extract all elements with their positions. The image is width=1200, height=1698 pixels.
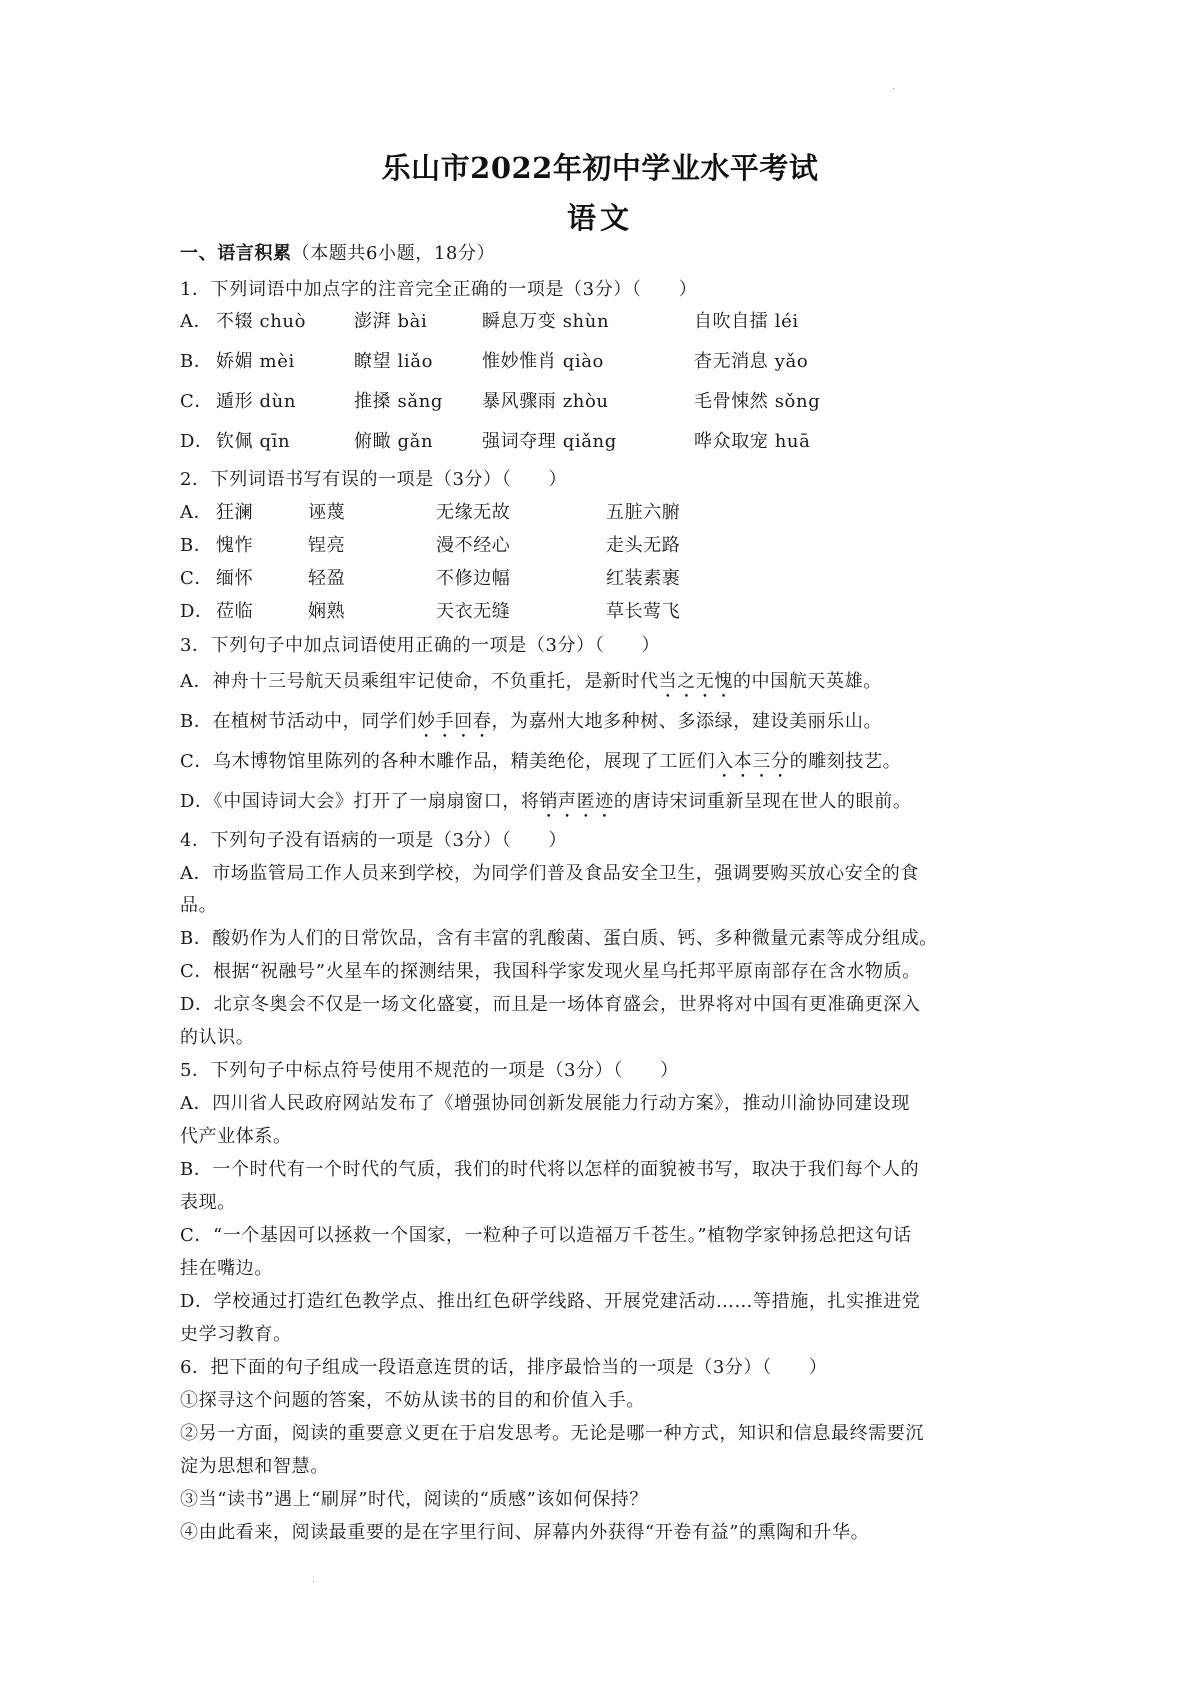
q1-a-item: 不辍 chuò bbox=[216, 310, 306, 334]
question-4-stem: 4．下列句子没有语病的一项是（3分）（ ） bbox=[180, 829, 567, 853]
q2-option-c: C． 缅怀 轻盈 不修边幅 红装素裹 bbox=[180, 567, 1080, 593]
q1-b-item: 惟妙惟肖 qiào bbox=[482, 350, 604, 374]
q1-a-item: 澎湃 bài bbox=[354, 310, 427, 334]
q1-c-item: 遁形 dùn bbox=[216, 390, 296, 414]
q4-line: A．市场监管局工作人员来到学校，为同学们普及食品安全卫生，强调要购买放心安全的食 bbox=[180, 862, 919, 886]
q6-sentence: 淀为思想和智慧。 bbox=[180, 1455, 329, 1479]
q5-line: 史学习教育。 bbox=[180, 1323, 292, 1347]
exam-title: 乐山市2022年初中学业水平考试 bbox=[0, 146, 1200, 187]
q3-option-b: B．在植树节活动中，同学们妙手回春，为嘉州大地多种树、多添绿，建设美丽乐山。 bbox=[180, 710, 882, 742]
section-heading-note: （本题共6小题，18分） bbox=[292, 243, 496, 264]
q1-d-item: 强词夺理 qiǎng bbox=[482, 430, 617, 454]
q4-line: C．根据“祝融号”火星车的探测结果，我国科学家发现火星乌托邦平原南部存在含水物质… bbox=[180, 960, 921, 984]
question-2-stem: 2．下列词语书写有误的一项是（3分）（ ） bbox=[180, 468, 567, 492]
q1-b-item: 瞭望 liǎo bbox=[354, 350, 433, 374]
q3-option-d: D．《中国诗词大会》打开了一扇扇窗口，将销声匿迹的唐诗宋词重新呈现在世人的眼前。 bbox=[180, 790, 911, 822]
q5-line: 代产业体系。 bbox=[180, 1125, 292, 1149]
q2-option-d: D． 莅临 娴熟 天衣无缝 草长莺飞 bbox=[180, 600, 1080, 626]
q6-sentence: ③当“读书”遇上“刷屏”时代，阅读的“质感”该如何保持？ bbox=[180, 1488, 648, 1512]
q3-option-a: A．神舟十三号航天员乘组牢记使命，不负重托，是新时代当之无愧的中国航天英雄。 bbox=[180, 670, 882, 702]
q1-d-item: 钦佩 qīn bbox=[216, 430, 290, 454]
q1-option-d: D． 钦佩 qīn 俯瞰 gǎn 强词夺理 qiǎng 哗众取宠 huā bbox=[180, 430, 1080, 456]
dotted-phrase: 妙手回春 bbox=[417, 711, 491, 732]
q4-line: B．酸奶作为人们的日常饮品，含有丰富的乳酸菌、蛋白质、钙、多种微量元素等成分组成… bbox=[180, 927, 938, 951]
q5-line: 挂在嘴边。 bbox=[180, 1257, 273, 1281]
question-6-stem: 6．把下面的句子组成一段语意连贯的话，排序最恰当的一项是（3分）（ ） bbox=[180, 1356, 828, 1380]
exam-page: 乐山市2022年初中学业水平考试 语文 一、语言积累（本题共6小题，18分） 1… bbox=[0, 0, 1200, 1698]
question-1-stem: 1．下列词语中加点字的注音完全正确的一项是（3分）（ ） bbox=[180, 278, 697, 302]
scan-speck bbox=[893, 88, 894, 89]
q5-line: A．四川省人民政府网站发布了《增强协同创新发展能力行动方案》，推动川渝协同建设现 bbox=[180, 1092, 910, 1116]
q1-a-item: 瞬息万变 shùn bbox=[482, 310, 609, 334]
q1-c-item: 毛骨悚然 sǒng bbox=[694, 390, 820, 414]
q1-b-item: 娇媚 mèi bbox=[216, 350, 295, 374]
question-5-stem: 5．下列句子中标点符号使用不规范的一项是（3分）（ ） bbox=[180, 1059, 679, 1083]
dotted-phrase: 入本三分 bbox=[715, 751, 789, 772]
q5-line: 表现。 bbox=[180, 1191, 236, 1215]
q4-line: D．北京冬奥会不仅是一场文化盛宴，而且是一场体育盛会，世界将对中国有更准确更深入 bbox=[180, 993, 920, 1017]
q2-option-a: A． 狂澜 诬蔑 无缘无故 五脏六腑 bbox=[180, 501, 1080, 527]
q1-option-c: C． 遁形 dùn 推搡 sǎng 暴风骤雨 zhòu 毛骨悚然 sǒng bbox=[180, 390, 1080, 416]
q3-option-c: C．乌木博物馆里陈列的各种木雕作品，精美绝伦，展现了工匠们入本三分的雕刻技艺。 bbox=[180, 750, 901, 782]
q1-option-b: B． 娇媚 mèi 瞭望 liǎo 惟妙惟肖 qiào 杳无消息 yǎo bbox=[180, 350, 1080, 376]
q6-sentence: ④由此看来，阅读最重要的是在字里行间、屏幕内外获得“开卷有益”的熏陶和升华。 bbox=[180, 1521, 869, 1545]
q4-line: 品。 bbox=[180, 894, 217, 918]
q1-d-item: 哗众取宠 huā bbox=[694, 430, 810, 454]
q5-line: B．一个时代有一个时代的气质，我们的时代将以怎样的面貌被书写，取决于我们每个人的 bbox=[180, 1158, 919, 1182]
dotted-phrase: 当之无愧 bbox=[659, 671, 733, 692]
q1-c-item: 暴风骤雨 zhòu bbox=[482, 390, 609, 414]
q1-a-item: 自吹自擂 léi bbox=[694, 310, 799, 334]
q6-sentence: ②另一方面，阅读的重要意义更在于启发思考。无论是哪一种方式，知识和信息最终需要沉 bbox=[180, 1422, 924, 1446]
q5-line: D．学校通过打造红色教学点、推出红色研学线路、开展党建活动……等措施，扎实推进党 bbox=[180, 1290, 920, 1314]
q1-option-a: A． 不辍 chuò 澎湃 bài 瞬息万变 shùn 自吹自擂 léi bbox=[180, 310, 1080, 336]
q1-c-item: 推搡 sǎng bbox=[354, 390, 443, 414]
question-3-stem: 3．下列句子中加点词语使用正确的一项是（3分）（ ） bbox=[180, 634, 660, 658]
scan-speck bbox=[313, 1581, 314, 1582]
q5-line: C．“一个基因可以拯救一个国家，一粒种子可以造福万千苍生。”植物学家钟扬总把这句… bbox=[180, 1224, 912, 1248]
section-heading: 一、语言积累（本题共6小题，18分） bbox=[180, 242, 495, 266]
q1-d-item: 俯瞰 gǎn bbox=[354, 430, 433, 454]
dotted-phrase: 销声匿迹 bbox=[539, 791, 613, 812]
q2-option-b: B． 愧怍 锃亮 漫不经心 走头无路 bbox=[180, 534, 1080, 560]
q1-b-item: 杳无消息 yǎo bbox=[694, 350, 808, 374]
exam-subject: 语文 bbox=[0, 196, 1200, 237]
section-heading-title: 一、语言积累 bbox=[180, 243, 292, 264]
q6-sentence: ①探寻这个问题的答案，不妨从读书的目的和价值入手。 bbox=[180, 1389, 645, 1413]
q4-line: 的认识。 bbox=[180, 1026, 254, 1050]
